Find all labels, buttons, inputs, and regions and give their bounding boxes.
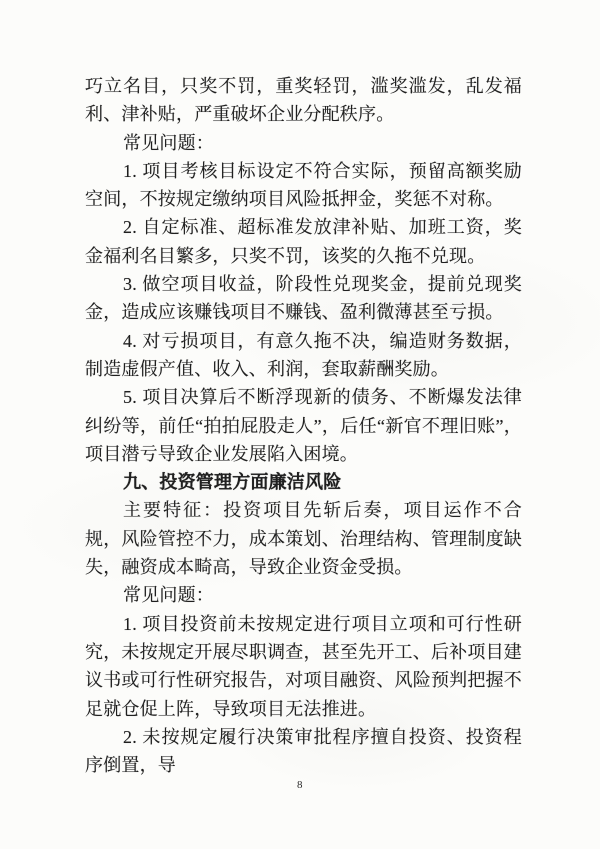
document-body: 巧立名目，只奖不罚，重奖轻罚，滥奖滥发，乱发福利、津补贴，严重破坏企业分配秩序。… xyxy=(85,72,522,779)
page-number: 8 xyxy=(0,779,600,791)
paragraph: 常见问题： xyxy=(85,129,522,157)
paragraph: 常见问题： xyxy=(85,581,522,609)
paragraph: 2. 未按规定履行决策审批程序擅自投资、投资程序倒置，导 xyxy=(85,723,522,780)
paragraph: 1. 项目投资前未按规定进行项目立项和可行性研究，未按规定开展尽职调查，甚至先开… xyxy=(85,610,522,723)
paragraph: 巧立名目，只奖不罚，重奖轻罚，滥奖滥发，乱发福利、津补贴，严重破坏企业分配秩序。 xyxy=(85,72,522,129)
paragraph: 主要特征：投资项目先斩后奏，项目运作不合规，风险管控不力，成本策划、治理结构、管… xyxy=(85,496,522,581)
paragraph: 5. 项目决算后不断浮现新的债务、不断爆发法律纠纷等，前任“拍拍屁股走人”，后任… xyxy=(85,383,522,468)
paragraph: 3. 做空项目收益，阶段性兑现奖金，提前兑现奖金，造成应该赚钱项目不赚钱、盈利微… xyxy=(85,270,522,327)
paragraph: 4. 对亏损项目，有意久拖不决，编造财务数据，制造虚假产值、收入、利润，套取薪酬… xyxy=(85,327,522,384)
document-page: 巧立名目，只奖不罚，重奖轻罚，滥奖滥发，乱发福利、津补贴，严重破坏企业分配秩序。… xyxy=(0,0,600,849)
paragraph: 2. 自定标准、超标准发放津补贴、加班工资，奖金福利名目繁多，只奖不罚，该奖的久… xyxy=(85,213,522,270)
section-heading: 九、投资管理方面廉洁风险 xyxy=(85,468,522,496)
paragraph: 1. 项目考核目标设定不符合实际，预留高额奖励空间，不按规定缴纳项目风险抵押金，… xyxy=(85,157,522,214)
